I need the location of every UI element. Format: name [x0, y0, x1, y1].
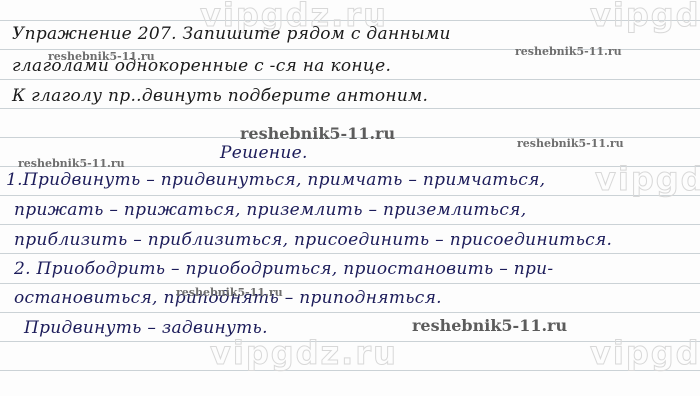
watermark-vipgdz: vipgdz.ru [590, 334, 700, 372]
watermark-vipgdz: vipgdz.ru [595, 160, 700, 198]
solution-line-4: 2. Приободрить – приободриться, приостан… [14, 259, 553, 279]
watermark-vipgdz: vipgdz.ru [590, 0, 700, 34]
rule-line [0, 312, 700, 313]
rule-line [0, 79, 700, 80]
watermark-reshebnik: reshebnik5-11.ru [515, 45, 622, 58]
notebook-page: vipgdz.ru vipgdz.ru vipgdz.ru vipgdz.ru … [0, 0, 700, 396]
watermark-reshebnik: reshebnik5-11.ru [517, 137, 624, 150]
exercise-line-3: К глаголу пр..двинуть подберите антоним. [12, 86, 428, 106]
watermark-reshebnik: reshebnik5-11.ru [240, 124, 395, 143]
solution-line-6: Придвинуть – задвинуть. [24, 318, 268, 338]
watermark-reshebnik: reshebnik5-11.ru [48, 50, 155, 63]
rule-line [0, 224, 700, 225]
solution-line-2: прижать – прижаться, приземлить – призем… [14, 200, 526, 220]
solution-line-3: приблизить – приблизиться, присоединить … [14, 230, 612, 250]
watermark-reshebnik: reshebnik5-11.ru [412, 316, 567, 335]
watermark-reshebnik: reshebnik5-11.ru [176, 286, 283, 299]
exercise-line-1: Упражнение 207. Запишите рядом с данными [12, 24, 451, 44]
watermark-vipgdz: vipgdz.ru [210, 334, 398, 372]
rule-line [0, 253, 700, 254]
rule-line [0, 108, 700, 109]
solution-line-1: 1.Придвинуть – придвинуться, примчать – … [6, 170, 545, 190]
rule-line [0, 283, 700, 284]
watermark-reshebnik: reshebnik5-11.ru [18, 157, 125, 170]
solution-heading: Решение. [220, 143, 308, 163]
